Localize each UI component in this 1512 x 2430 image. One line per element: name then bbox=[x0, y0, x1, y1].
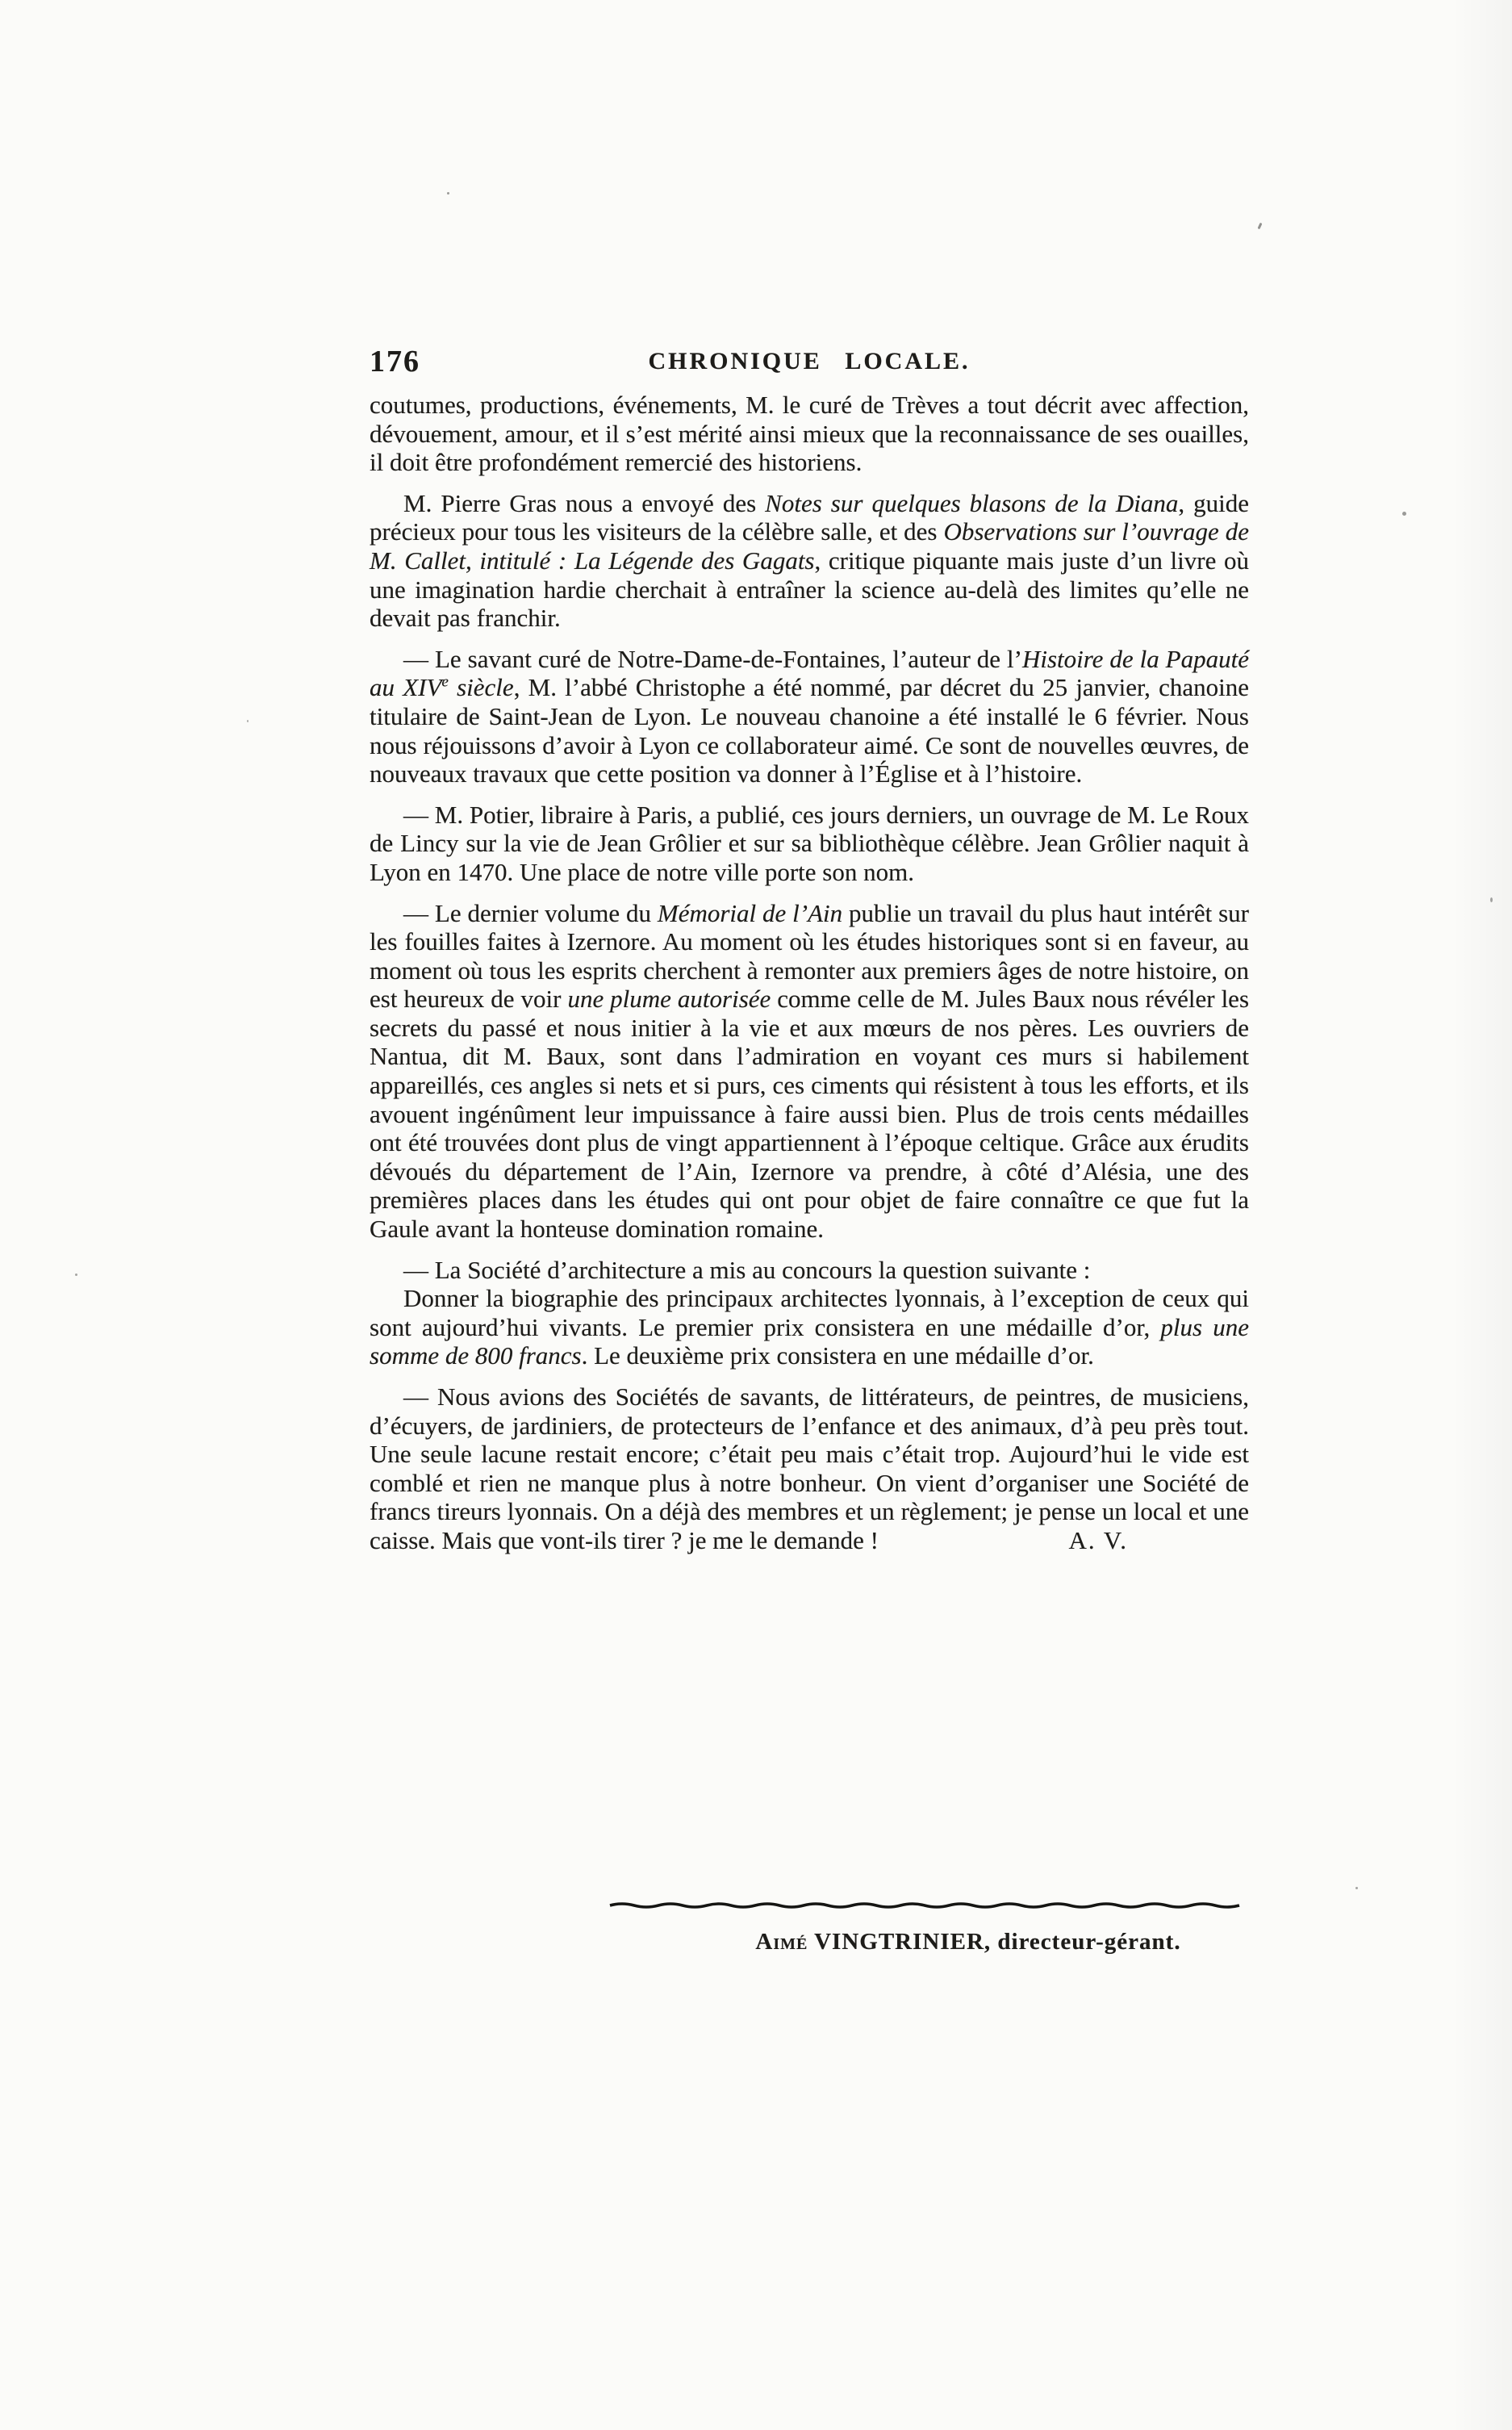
text-run: Aimé bbox=[755, 1929, 808, 1955]
article-body: coutumes, productions, événements, M. le… bbox=[370, 391, 1249, 1555]
text-run: coutumes, productions, événements, M. le… bbox=[370, 391, 1249, 476]
text-run: . Le deuxième prix consistera en une méd… bbox=[582, 1341, 1094, 1370]
paragraph: M. Pierre Gras nous a envoyé des Notes s… bbox=[370, 489, 1249, 633]
scan-speck bbox=[1402, 512, 1406, 516]
text-run: — Le savant curé de Notre-Dame-de-Fontai… bbox=[403, 645, 1022, 673]
text-run: — La Société d’architecture a mis au con… bbox=[403, 1256, 1090, 1284]
imprint-line: Aimé VINGTRINIER, directeur-gérant. bbox=[662, 1929, 1275, 1955]
footer-rule bbox=[608, 1901, 1243, 1909]
scanned-page: 176 CHRONIQUE LOCALE. coutumes, producti… bbox=[0, 0, 1512, 2430]
scan-speck bbox=[1490, 897, 1493, 902]
paragraph: — Le dernier volume du Mémorial de l’Ain… bbox=[370, 899, 1249, 1244]
scan-speck bbox=[75, 1274, 77, 1276]
paragraph: Donner la biographie des principaux arch… bbox=[370, 1284, 1249, 1370]
text-run: M. Pierre Gras nous a envoyé des bbox=[403, 489, 765, 517]
running-head: 176 CHRONIQUE LOCALE. bbox=[370, 344, 1249, 383]
scan-speck bbox=[247, 720, 249, 722]
paragraph: — M. Potier, libraire à Paris, a publié,… bbox=[370, 801, 1249, 887]
paragraph: coutumes, productions, événements, M. le… bbox=[370, 391, 1249, 477]
paragraph: — Le savant curé de Notre-Dame-de-Fontai… bbox=[370, 645, 1249, 788]
text-run: comme celle de M. Jules Baux nous révéle… bbox=[370, 985, 1249, 1243]
text-run: VINGTRINIER, directeur-gérant. bbox=[808, 1929, 1180, 1955]
running-title: CHRONIQUE LOCALE. bbox=[370, 348, 1249, 375]
text-run: Notes sur quelques blasons de la Diana bbox=[765, 489, 1178, 517]
text-run: Donner la biographie des principaux arch… bbox=[370, 1284, 1249, 1341]
scan-speck bbox=[1355, 1887, 1358, 1889]
text-run: — M. Potier, libraire à Paris, a publié,… bbox=[370, 801, 1249, 886]
paragraph-list: coutumes, productions, événements, M. le… bbox=[370, 391, 1249, 1555]
scan-speck bbox=[447, 192, 449, 194]
text-run: — Le dernier volume du bbox=[403, 899, 658, 927]
paragraph: — La Société d’architecture a mis au con… bbox=[370, 1256, 1249, 1285]
text-run: siècle bbox=[449, 673, 514, 701]
text-run: e bbox=[441, 674, 449, 691]
text-run: une plume autorisée bbox=[567, 985, 771, 1013]
text-run: Mémorial de l’Ain bbox=[658, 899, 842, 927]
scan-speck bbox=[1258, 223, 1263, 230]
